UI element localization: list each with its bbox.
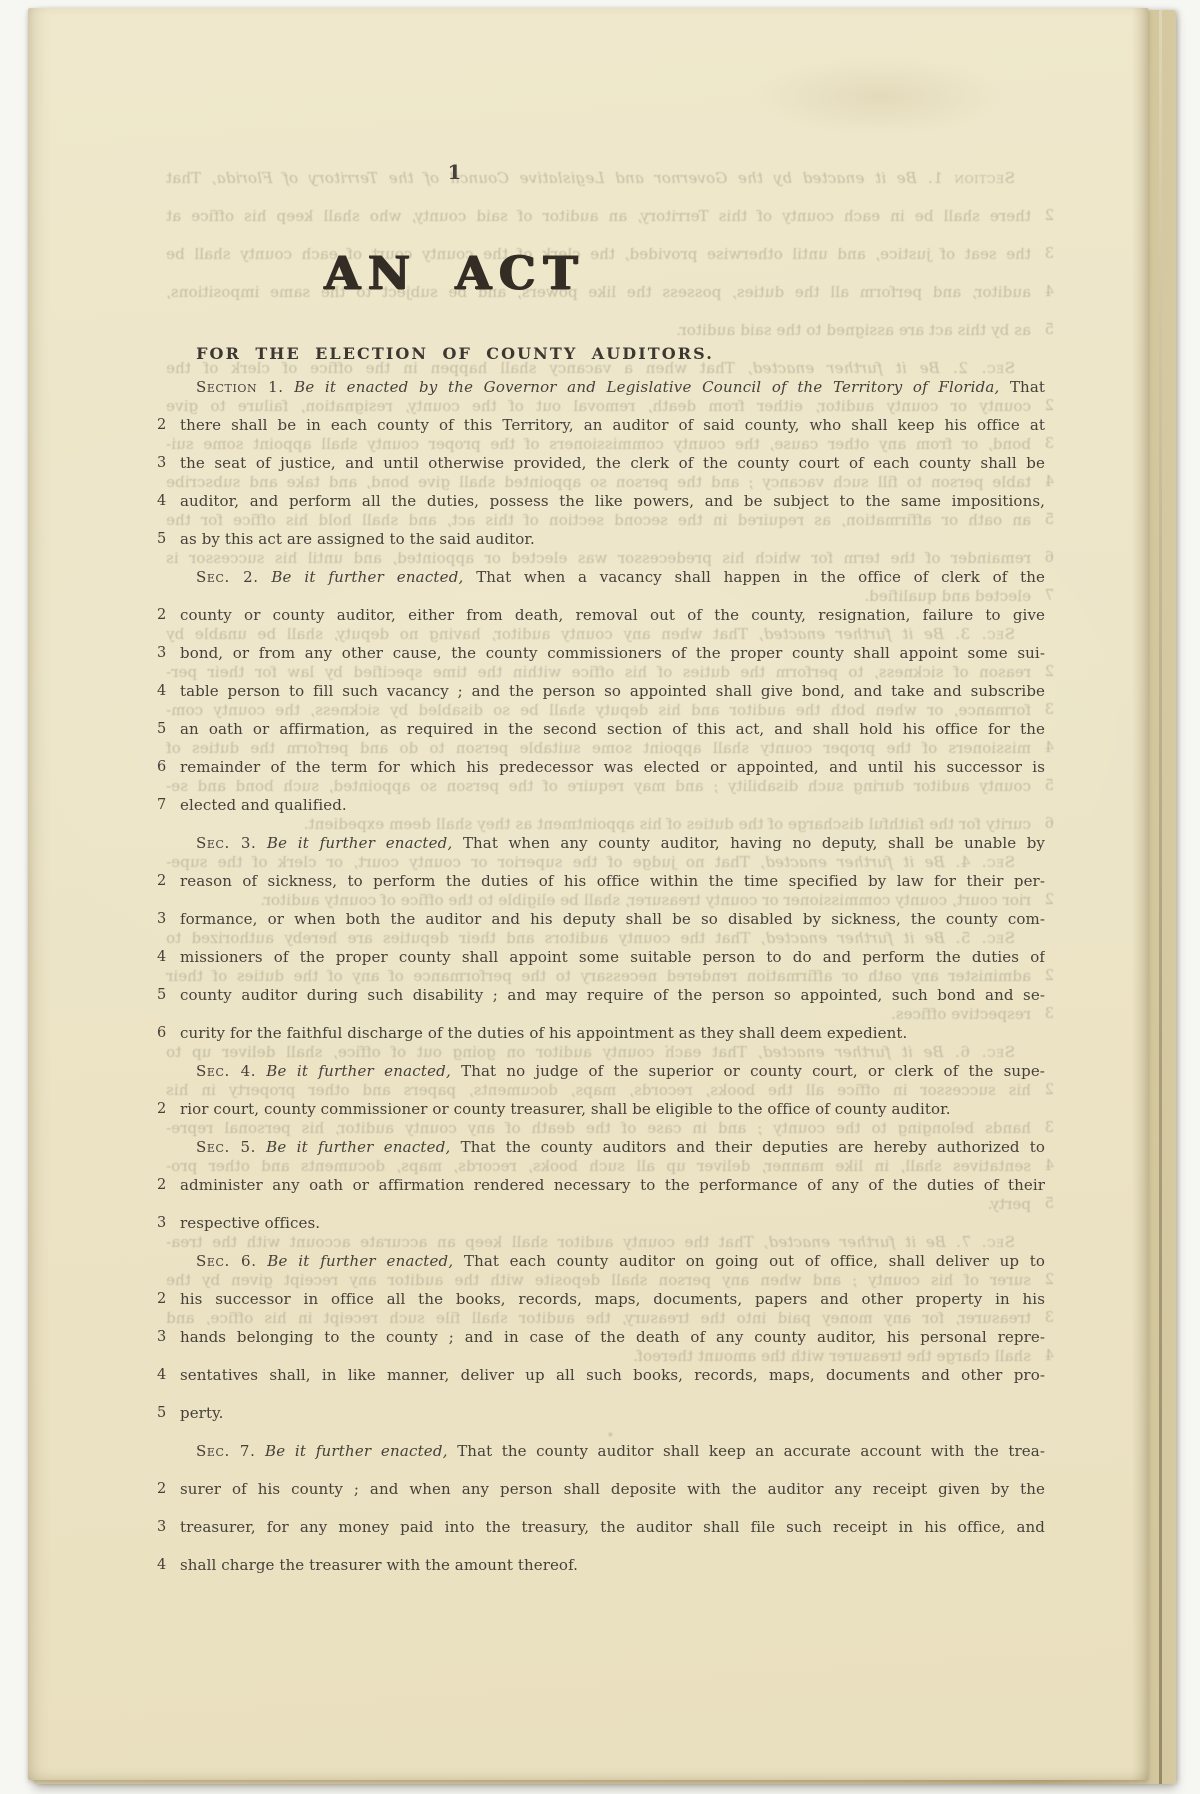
- line-text: curity for the faithful discharge of the…: [180, 1014, 1045, 1052]
- line-number: 2: [157, 862, 180, 900]
- act-line: 4sentatives shall, in like manner, deliv…: [157, 1356, 1045, 1394]
- act-line: 4missioners of the proper county shall a…: [157, 938, 1045, 976]
- line-number: 3: [157, 1204, 180, 1242]
- act-line: 2county or county auditor, either from d…: [157, 596, 1045, 634]
- line-number: 2: [157, 1470, 180, 1508]
- line-number: 5: [1031, 311, 1054, 349]
- line-number: 6: [157, 748, 180, 786]
- act-line: 6remainder of the term for which his pre…: [157, 748, 1045, 786]
- line-text: the seat of justice, and until otherwise…: [180, 444, 1045, 482]
- act-line: Sec. 6. Be it further enacted, That each…: [157, 1242, 1045, 1280]
- line-text: formance, or when both the auditor and h…: [180, 900, 1045, 938]
- act-section: Sec. 2. Be it further enacted, That when…: [157, 558, 1045, 824]
- act-section: Section 1. Be it enacted by the Governor…: [157, 368, 1045, 558]
- act-body: Section 1. Be it enacted by the Governor…: [157, 368, 1045, 1584]
- act-line: Sec. 3. Be it further enacted, That when…: [157, 824, 1045, 862]
- line-number: 5: [157, 710, 180, 748]
- line-text: elected and qualified.: [180, 786, 1045, 824]
- line-text: surer of his county ; and when any perso…: [180, 1470, 1045, 1508]
- line-number: 2: [157, 1090, 180, 1128]
- section-label: Sec. 5.: [196, 1138, 256, 1156]
- line-text: Sec. 3. Be it further enacted, That when…: [180, 824, 1045, 862]
- line-text: respective offices.: [180, 1204, 1045, 1242]
- act-line: 4shall charge the treasurer with the amo…: [157, 1546, 1045, 1584]
- section-label: Sec. 3.: [196, 834, 256, 852]
- line-number: 3: [157, 1318, 180, 1356]
- line-number: 3: [157, 1508, 180, 1546]
- act-line: 2reason of sickness, to perform the duti…: [157, 862, 1045, 900]
- act-line: 5perty.: [157, 1394, 1045, 1432]
- section-label: Sec. 2.: [196, 568, 259, 586]
- enacting-clause: Be it enacted by the Governor and Legisl…: [294, 378, 999, 396]
- line-text: administer any oath or affirmation rende…: [180, 1166, 1045, 1204]
- line-text: rior court, county commissioner or count…: [180, 1090, 1045, 1128]
- line-text: his successor in office all the books, r…: [180, 1280, 1045, 1318]
- enacting-clause: Be it further enacted,: [266, 1138, 450, 1156]
- line-number: [157, 1128, 180, 1166]
- line-text: sentatives shall, in like manner, delive…: [180, 1356, 1045, 1394]
- enacting-clause: Be it further enacted,: [266, 1062, 451, 1080]
- act-line: Sec. 7. Be it further enacted, That the …: [157, 1432, 1045, 1470]
- act-title: AN ACT: [155, 246, 755, 300]
- line-number: 4: [157, 938, 180, 976]
- line-number: 3: [157, 634, 180, 672]
- act-line: Section 1. Be it enacted by the Governor…: [157, 368, 1045, 406]
- line-number: 4: [157, 482, 180, 520]
- enacting-clause: Be it further enacted,: [265, 1442, 448, 1460]
- line-text: table person to fill such vacancy ; and …: [180, 672, 1045, 710]
- act-line: Sec. 2. Be it further enacted, That when…: [157, 558, 1045, 596]
- line-text: perty.: [180, 1394, 1045, 1432]
- line-number: 5: [157, 520, 180, 558]
- line-number: [157, 1242, 180, 1280]
- line-number: 3: [157, 900, 180, 938]
- section-label: Sec. 6.: [196, 1252, 257, 1270]
- section-label: Sec. 4.: [196, 1062, 256, 1080]
- line-text: Section 1. Be it enacted by the Governor…: [180, 368, 1045, 406]
- act-section: Sec. 5. Be it further enacted, That the …: [157, 1128, 1045, 1242]
- line-text: county auditor during such disability ; …: [180, 976, 1045, 1014]
- act-line: 5county auditor during such disability ;…: [157, 976, 1045, 1014]
- act-section: Sec. 3. Be it further enacted, That when…: [157, 824, 1045, 1052]
- enacting-clause: Be it further enacted,: [271, 568, 463, 586]
- act-line: Sec. 4. Be it further enacted, That no j…: [157, 1052, 1045, 1090]
- line-text: reason of sickness, to perform the dutie…: [180, 862, 1045, 900]
- line-number: 2: [157, 1166, 180, 1204]
- line-text: shall charge the treasurer with the amou…: [180, 1546, 1045, 1584]
- act-line: 5as by this act are assigned to the said…: [157, 520, 1045, 558]
- line-text: remainder of the term for which his pred…: [180, 748, 1045, 786]
- act-line: 2surer of his county ; and when any pers…: [157, 1470, 1045, 1508]
- page-number: 1: [155, 160, 755, 184]
- act-line: 3bond, or from any other cause, the coun…: [157, 634, 1045, 672]
- act-line: 2his successor in office all the books, …: [157, 1280, 1045, 1318]
- act-line: 3the seat of justice, and until otherwis…: [157, 444, 1045, 482]
- act-section: Sec. 6. Be it further enacted, That each…: [157, 1242, 1045, 1432]
- line-number: 4: [1031, 273, 1054, 311]
- act-section: Sec. 4. Be it further enacted, That no j…: [157, 1052, 1045, 1128]
- line-number: 7: [157, 786, 180, 824]
- act-line: 2rior court, county commissioner or coun…: [157, 1090, 1045, 1128]
- line-number: 3: [1031, 235, 1054, 273]
- act-subtitle: FOR THE ELECTION OF COUNTY AUDITORS.: [155, 344, 755, 363]
- act-line: 6curity for the faithful discharge of th…: [157, 1014, 1045, 1052]
- act-line: 7elected and qualified.: [157, 786, 1045, 824]
- line-text: hands belonging to the county ; and in c…: [180, 1318, 1045, 1356]
- act-line: 2administer any oath or affirmation rend…: [157, 1166, 1045, 1204]
- act-line: 3hands belonging to the county ; and in …: [157, 1318, 1045, 1356]
- line-number: [157, 1432, 180, 1470]
- line-number: 4: [157, 1546, 180, 1584]
- line-number: 5: [157, 976, 180, 1014]
- line-text: auditor, and perform all the duties, pos…: [180, 482, 1045, 520]
- line-number: 4: [157, 672, 180, 710]
- line-text: Sec. 6. Be it further enacted, That each…: [180, 1242, 1045, 1280]
- scan-background: Section 1. Be it enacted by the Governor…: [0, 0, 1200, 1794]
- line-text: an oath or affirmation, as required in t…: [180, 710, 1045, 748]
- section-label: Section 1.: [927, 169, 1015, 187]
- enacting-clause: Be it further enacted,: [267, 834, 453, 852]
- act-line: 3respective offices.: [157, 1204, 1045, 1242]
- act-line: 3formance, or when both the auditor and …: [157, 900, 1045, 938]
- line-number: 3: [157, 444, 180, 482]
- line-text: as by this act are assigned to the said …: [180, 520, 1045, 558]
- act-line: 2there shall be in each county of this T…: [166, 197, 1054, 235]
- act-line: 3treasurer, for any money paid into the …: [157, 1508, 1045, 1546]
- line-text: Sec. 7. Be it further enacted, That the …: [180, 1432, 1045, 1470]
- line-number: 2: [1031, 197, 1054, 235]
- line-number: [157, 1052, 180, 1090]
- act-line: Sec. 5. Be it further enacted, That the …: [157, 1128, 1045, 1166]
- line-text: missioners of the proper county shall ap…: [180, 938, 1045, 976]
- section-label: Sec. 7.: [196, 1442, 255, 1460]
- line-text: there shall be in each county of this Te…: [166, 197, 1031, 235]
- line-text: there shall be in each county of this Te…: [180, 406, 1045, 444]
- line-text: Sec. 2. Be it further enacted, That when…: [180, 558, 1045, 596]
- act-section: Sec. 7. Be it further enacted, That the …: [157, 1432, 1045, 1584]
- act-line: 2there shall be in each county of this T…: [157, 406, 1045, 444]
- line-text: Sec. 4. Be it further enacted, That no j…: [180, 1052, 1045, 1090]
- line-number: [157, 368, 180, 406]
- line-text: county or county auditor, either from de…: [180, 596, 1045, 634]
- line-number: [157, 824, 180, 862]
- line-number: 6: [157, 1014, 180, 1052]
- line-text: bond, or from any other cause, the count…: [180, 634, 1045, 672]
- line-text: Sec. 5. Be it further enacted, That the …: [180, 1128, 1045, 1166]
- line-number: [1031, 159, 1054, 197]
- line-number: 2: [157, 596, 180, 634]
- line-number: 2: [157, 1280, 180, 1318]
- line-text: treasurer, for any money paid into the t…: [180, 1508, 1045, 1546]
- line-number: 2: [157, 406, 180, 444]
- section-label: Section 1.: [196, 378, 284, 396]
- enacting-clause: Be it further enacted,: [267, 1252, 453, 1270]
- document-page: Section 1. Be it enacted by the Governor…: [28, 8, 1148, 1780]
- line-number: 5: [157, 1394, 180, 1432]
- line-number: 4: [157, 1356, 180, 1394]
- act-line: 4auditor, and perform all the duties, po…: [157, 482, 1045, 520]
- act-line: 4table person to fill such vacancy ; and…: [157, 672, 1045, 710]
- line-number: [157, 558, 180, 596]
- paper-fold-crease: [1159, 10, 1162, 1784]
- act-line: 5an oath or affirmation, as required in …: [157, 710, 1045, 748]
